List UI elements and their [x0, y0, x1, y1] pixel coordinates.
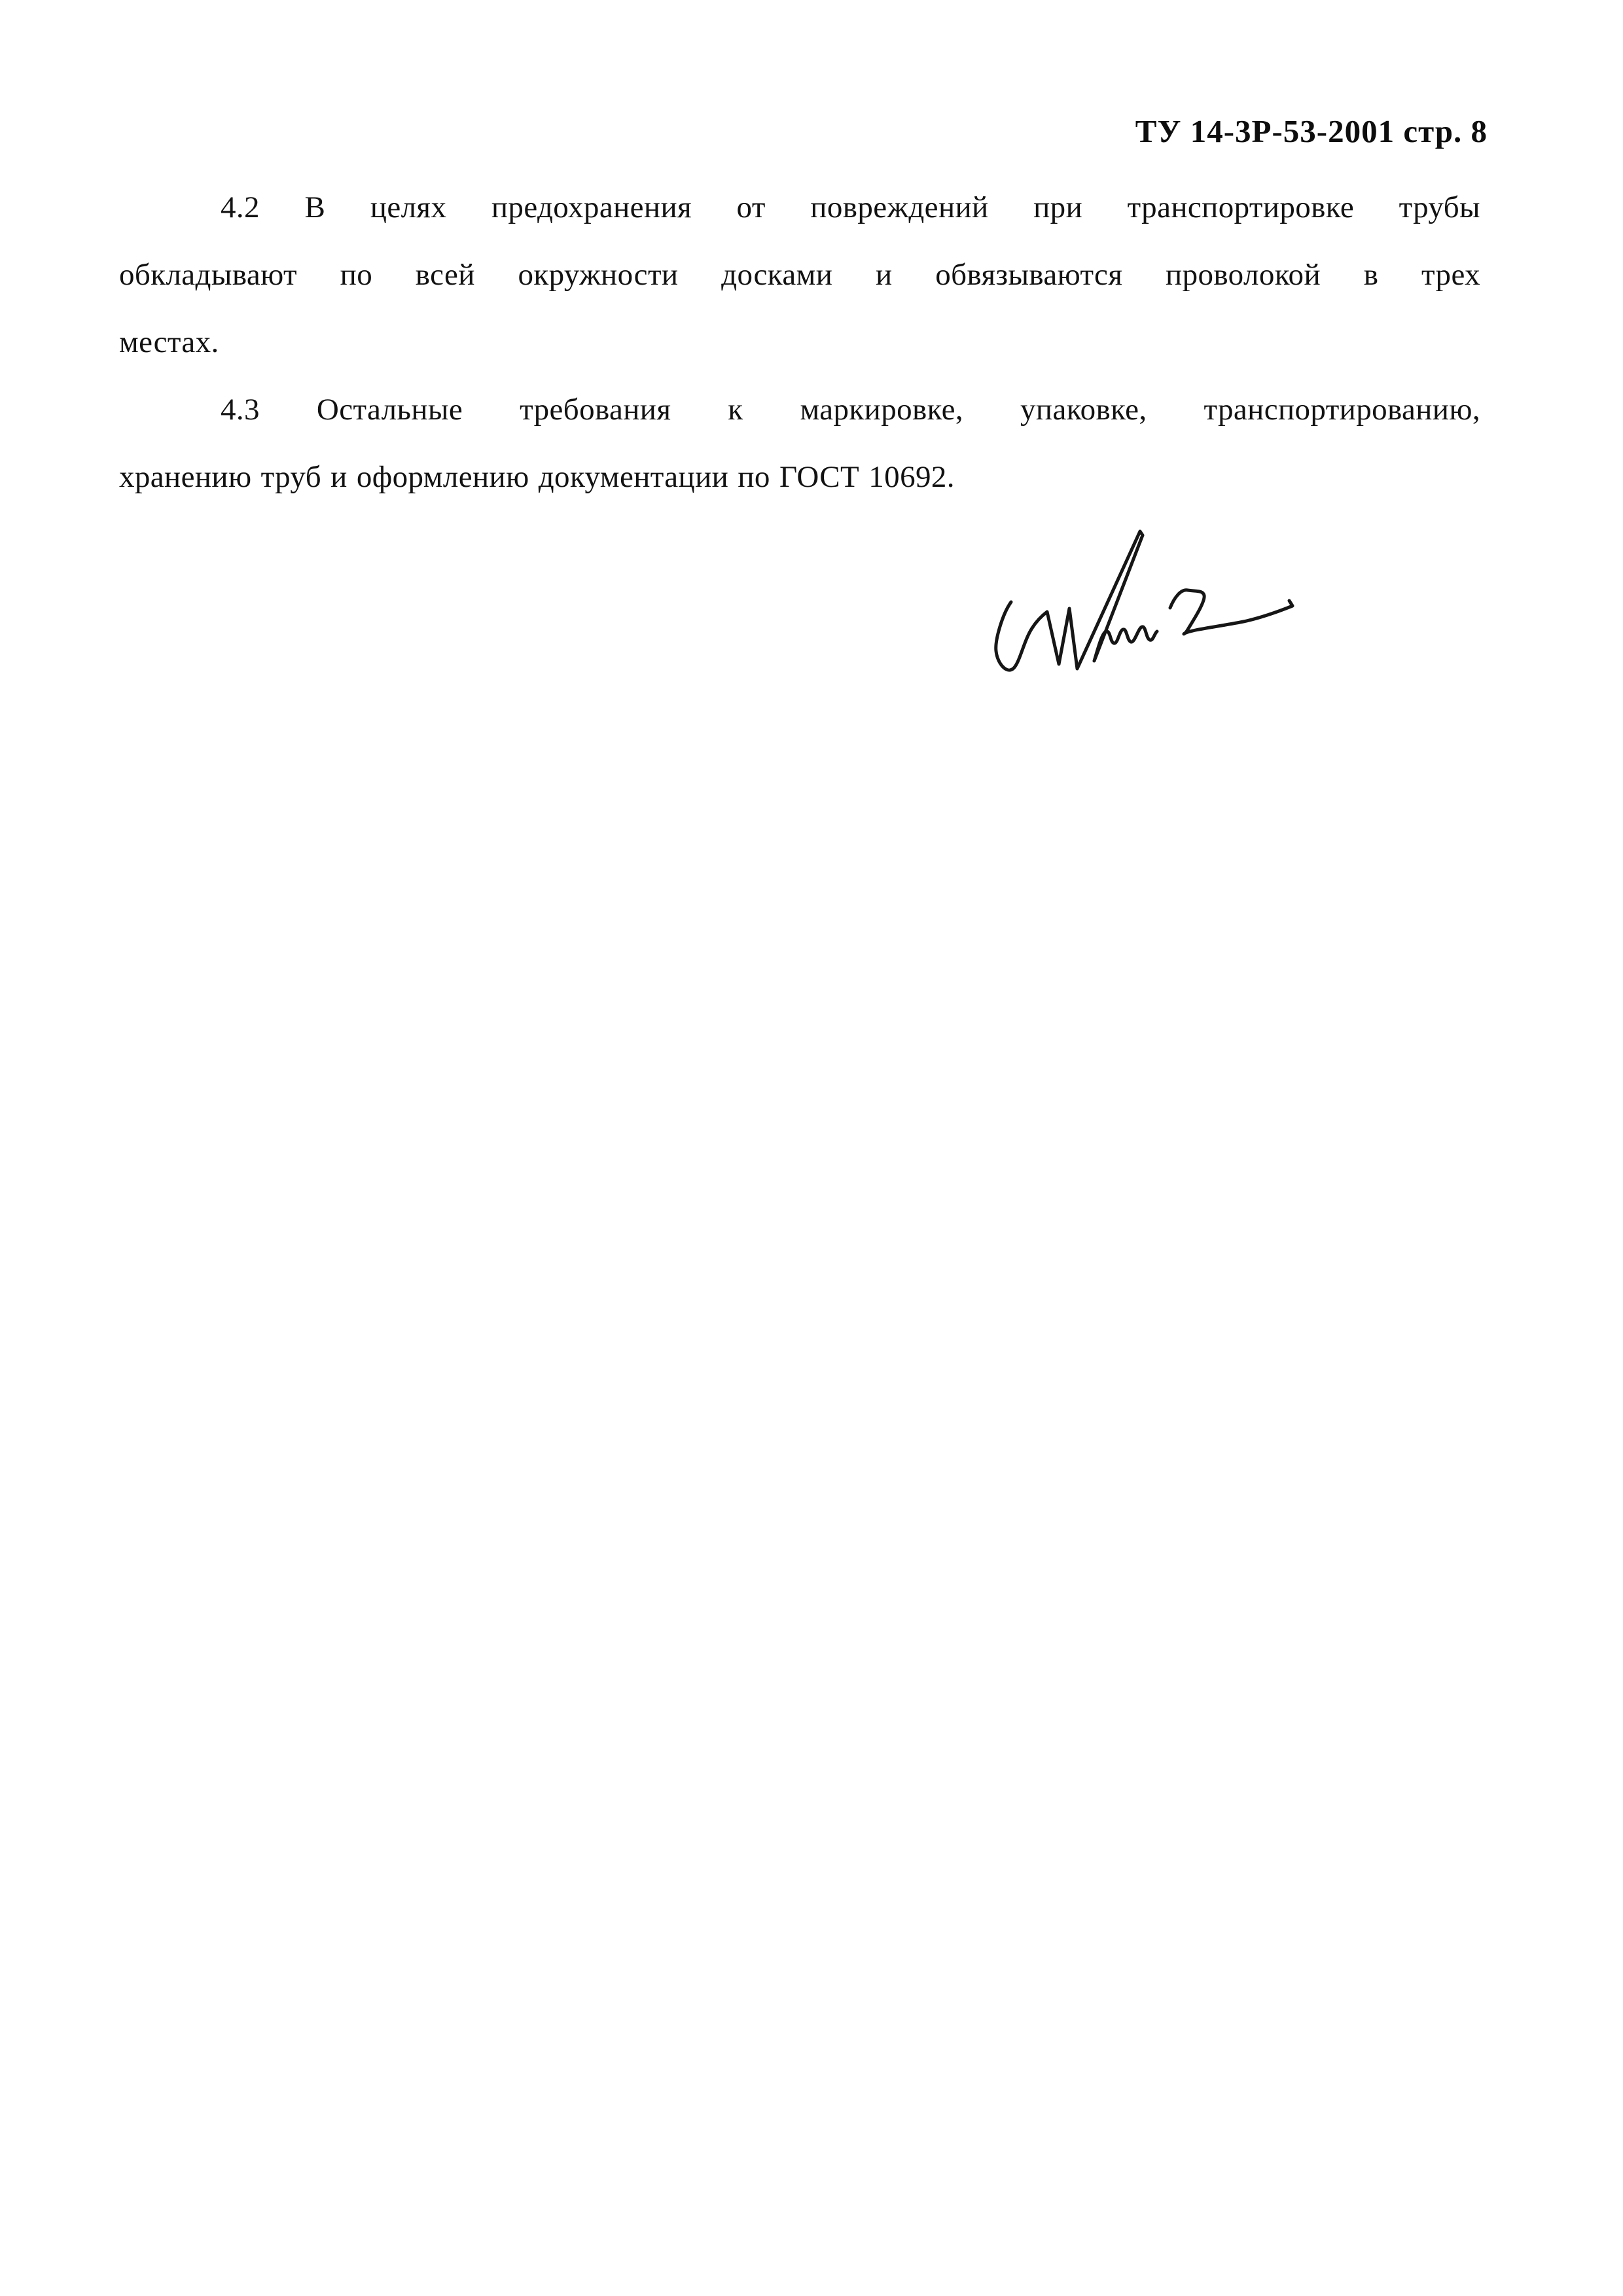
- document-body: 4.2 В целях предохранения от повреждений…: [119, 174, 1480, 511]
- paragraph-4-3-line-2: хранению труб и оформлению документации …: [119, 444, 1480, 511]
- page-header: ТУ 14-3Р-53-2001 стр. 8: [1135, 113, 1488, 150]
- document-page: ТУ 14-3Р-53-2001 стр. 8 4.2 В целях пред…: [0, 0, 1623, 2296]
- paragraph-4-2-line-3: местах.: [119, 309, 1480, 376]
- paragraph-4-2-line-1: 4.2 В целях предохранения от повреждений…: [119, 174, 1480, 241]
- paragraph-4-2-line-2: обкладывают по всей окружности досками и…: [119, 241, 1480, 309]
- signature: [955, 517, 1322, 687]
- signature-icon: [955, 517, 1322, 687]
- paragraph-4-3-line-1: 4.3 Остальные требования к маркировке, у…: [119, 376, 1480, 444]
